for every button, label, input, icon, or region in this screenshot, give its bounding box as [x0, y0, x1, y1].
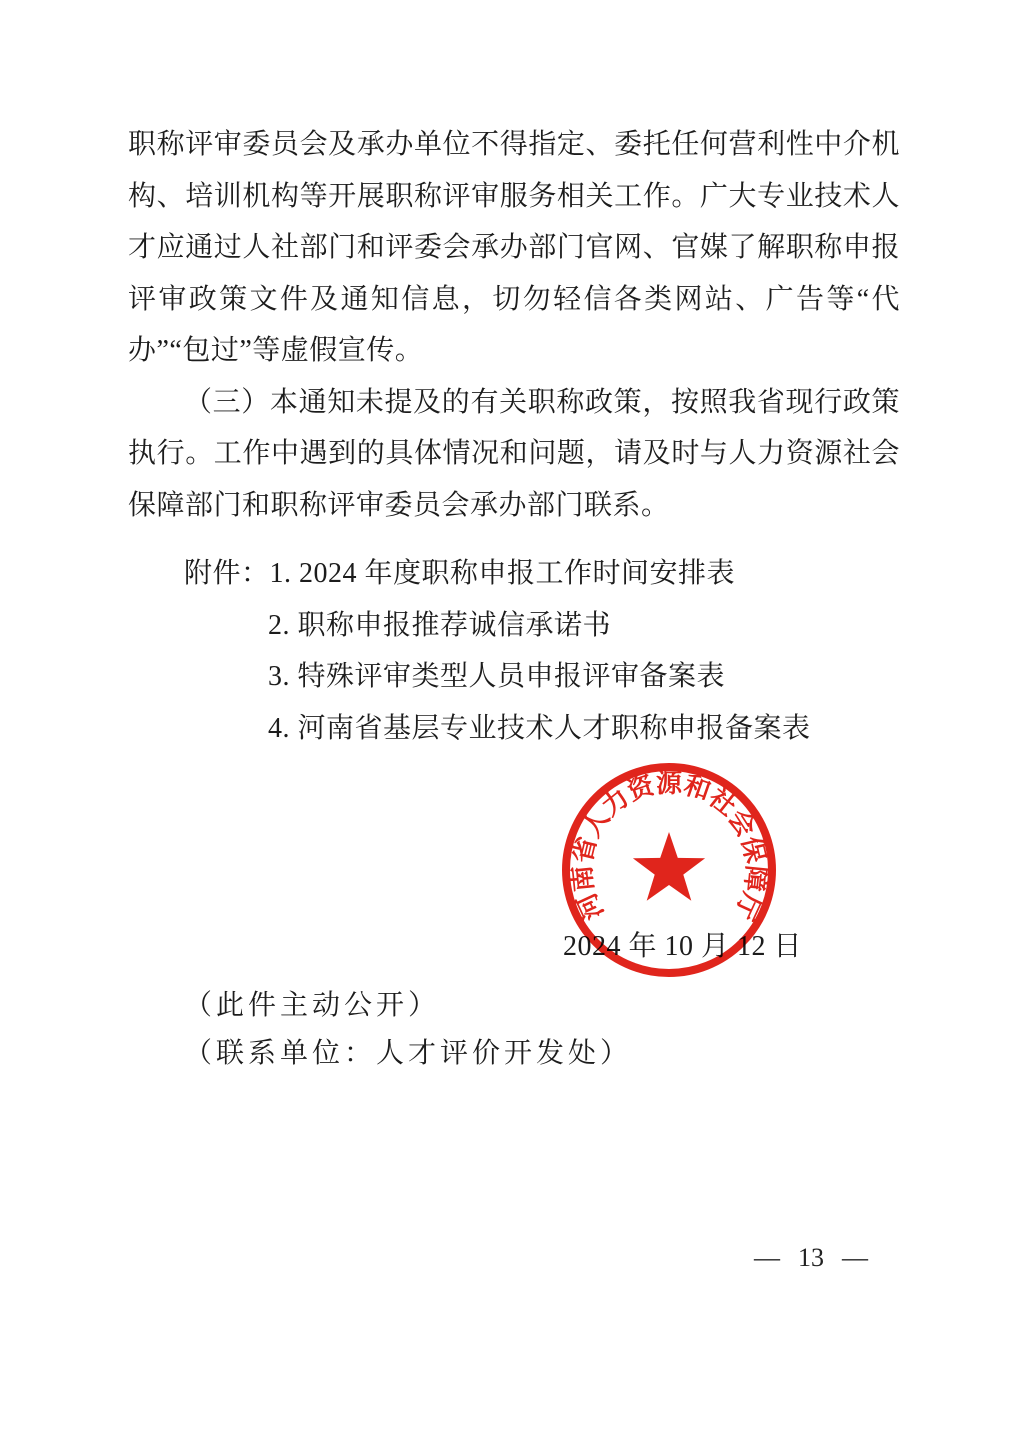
seal-text-arc: 河南省人力资源和社会保障厅: [567, 769, 772, 924]
page-number: 13: [798, 1243, 824, 1273]
seal-text: 河南省人力资源和社会保障厅: [567, 769, 772, 924]
document-date: 2024 年 10 月 12 日: [563, 924, 802, 964]
attachment-item: 4. 河南省基层专业技术人才职称申报备案表: [128, 703, 900, 755]
attachment-item-text: 1. 2024 年度职称申报工作时间安排表: [270, 558, 736, 589]
attachment-item: 3. 特殊评审类型人员申报评审备案表: [128, 651, 900, 703]
footer-dash-left: —: [754, 1243, 780, 1273]
star-icon: [633, 832, 705, 901]
body-paragraph: 职称评审委员会及承办单位不得指定、委托任何营利性中介机构、培训机构等开展职称评审…: [128, 119, 900, 377]
footer-dash-right: —: [842, 1243, 868, 1273]
body-paragraph: （三）本通知未提及的有关职称政策，按照我省现行政策执行。工作中遇到的具体情况和问…: [128, 377, 900, 532]
attachments-list: 附件：1. 2024 年度职称申报工作时间安排表 2. 职称申报推荐诚信承诺书 …: [128, 548, 900, 754]
attachment-item: 2. 职称申报推荐诚信承诺书: [128, 600, 900, 652]
attachment-item: 附件：1. 2024 年度职称申报工作时间安排表: [128, 548, 900, 600]
document-page: 职称评审委员会及承办单位不得指定、委托任何营利性中介机构、培训机构等开展职称评审…: [0, 0, 1024, 1448]
page-footer: — 13 —: [754, 1243, 868, 1273]
document-body: 职称评审委员会及承办单位不得指定、委托任何营利性中介机构、培训机构等开展职称评审…: [128, 119, 900, 754]
note-line: （此件主动公开）: [128, 982, 632, 1030]
note-line: （联系单位：人才评价开发处）: [128, 1030, 632, 1078]
document-notes: （此件主动公开） （联系单位：人才评价开发处）: [128, 982, 632, 1078]
attachments-label: 附件：: [184, 558, 270, 589]
